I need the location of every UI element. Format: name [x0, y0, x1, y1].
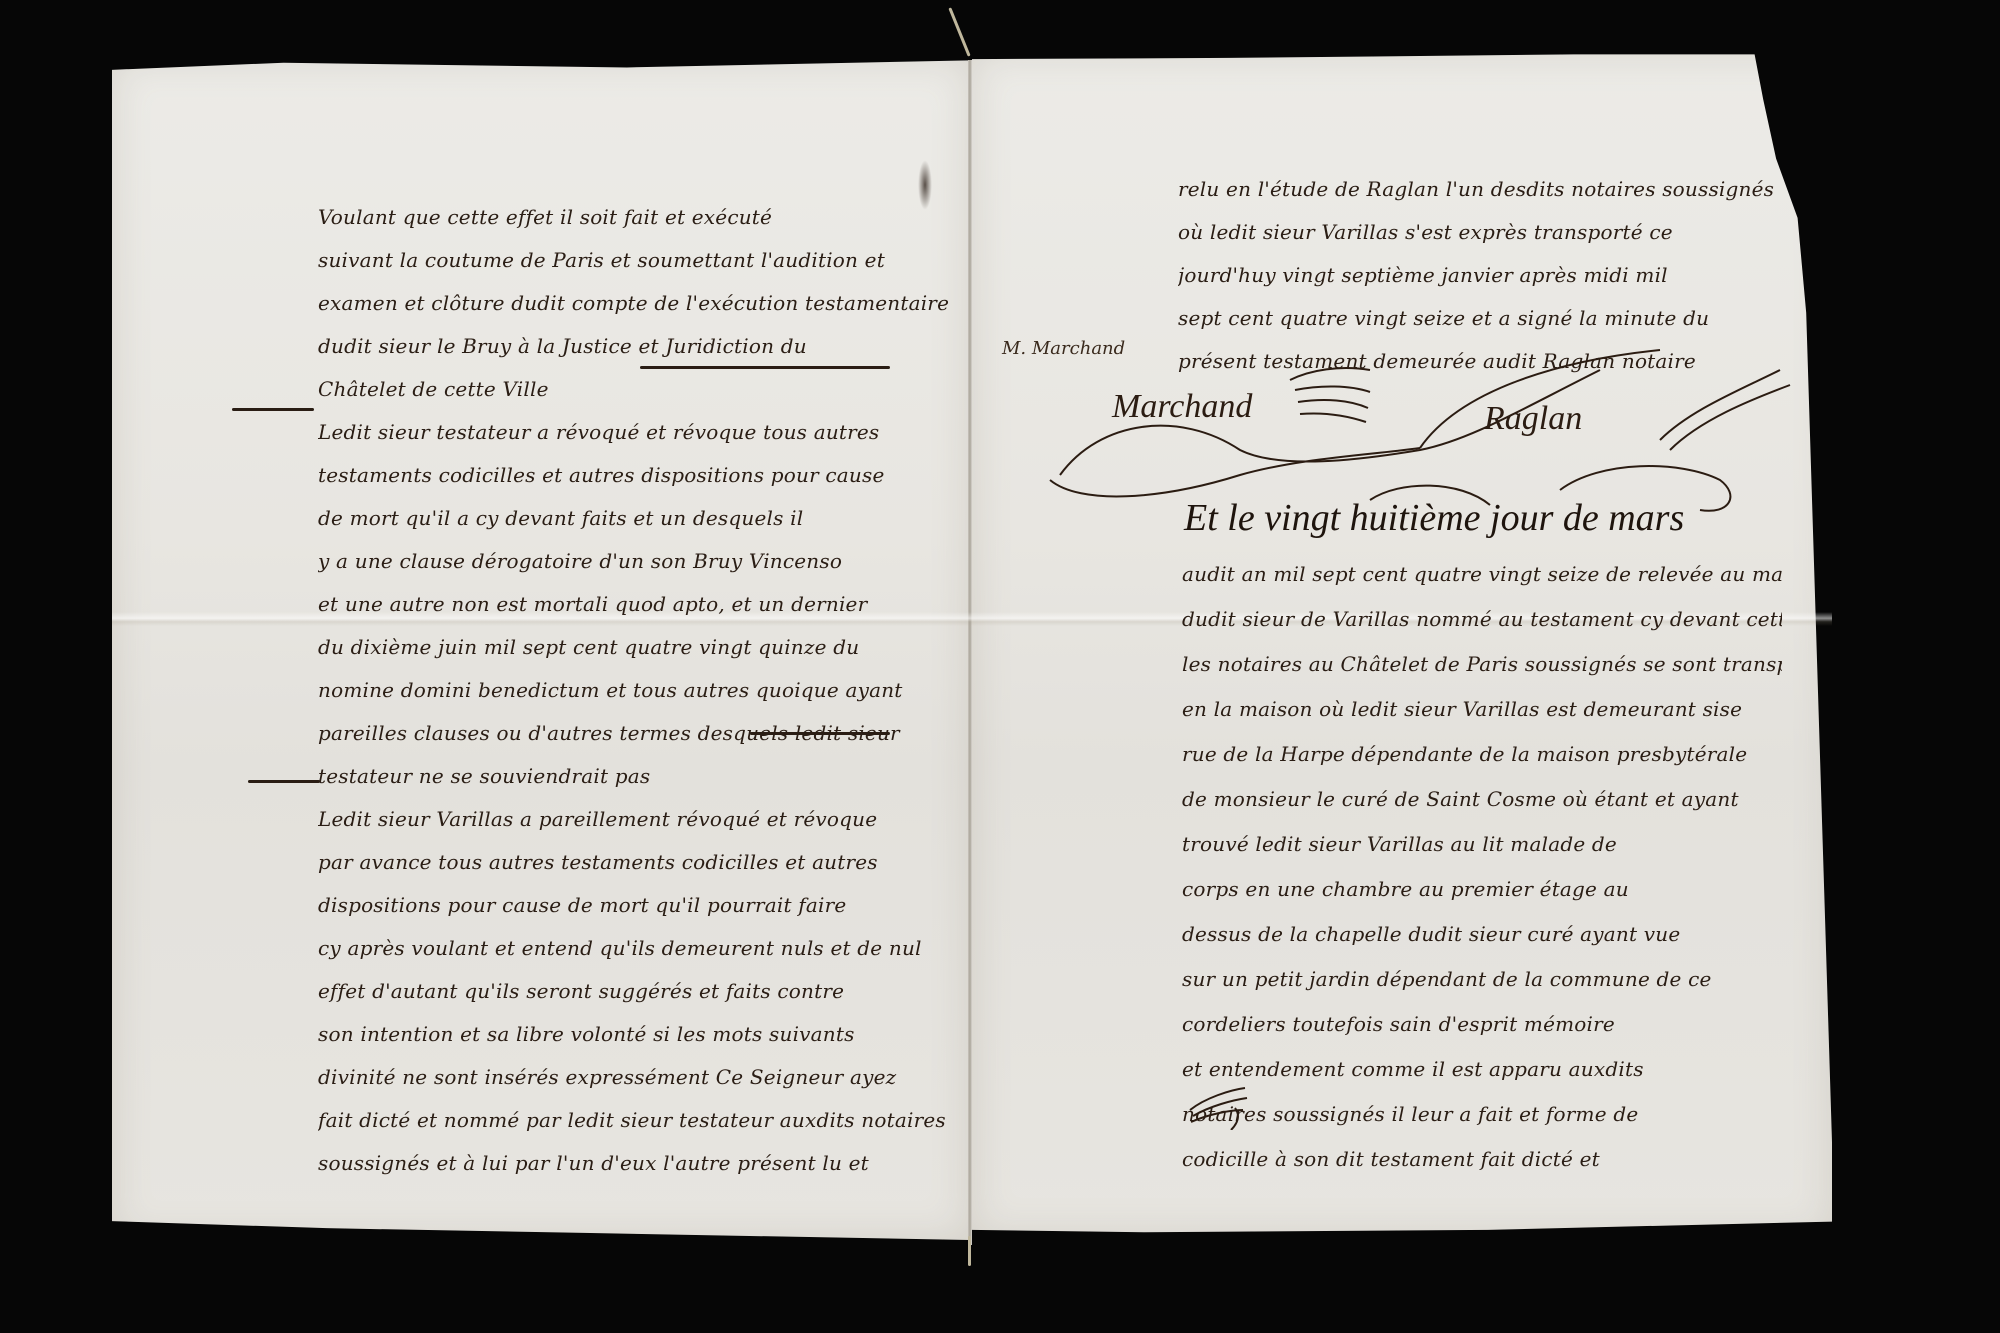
text-line: dudit sieur de Varillas nommé au testame…	[1182, 597, 1782, 642]
text-line: où ledit sieur Varillas s'est exprès tra…	[1178, 211, 1778, 254]
line-end-rule	[640, 366, 890, 369]
text-line: testateur ne se souviendrait pas	[318, 755, 978, 798]
text-line: suivant la coutume de Paris et soumettan…	[318, 239, 978, 282]
text-line: cordeliers toutefois sain d'esprit mémoi…	[1182, 1002, 1782, 1047]
manuscript-spread: Voulant que cette effet il soit fait et …	[0, 0, 2000, 1333]
text-line: audit an mil sept cent quatre vingt seiz…	[1182, 552, 1782, 597]
text-line: trouvé ledit sieur Varillas au lit malad…	[1182, 822, 1782, 867]
text-line: et une autre non est mortali quod apto, …	[318, 583, 978, 626]
text-line: corps en une chambre au premier étage au	[1182, 867, 1782, 912]
text-line: fait dicté et nommé par ledit sieur test…	[318, 1099, 978, 1142]
text-line: sur un petit jardin dépendant de la comm…	[1182, 957, 1782, 1002]
paragraph-mark	[248, 780, 320, 783]
text-line: jourd'huy vingt septième janvier après m…	[1178, 254, 1778, 297]
text-line: son intention et sa libre volonté si les…	[318, 1013, 978, 1056]
text-line: dessus de la chapelle dudit sieur curé a…	[1182, 912, 1782, 957]
paragraph-mark	[232, 408, 314, 411]
section-heading: Et le vingt huitième jour de mars	[1184, 496, 1684, 540]
text-line: nomine domini benedictum et tous autres …	[318, 669, 978, 712]
binding-thread-top	[948, 7, 970, 56]
text-line: divinité ne sont insérés expressément Ce…	[318, 1056, 978, 1099]
text-line: de mort qu'il a cy devant faits et un de…	[318, 497, 978, 540]
signature-raglan: Raglan	[1484, 400, 1582, 438]
right-page-bottom-text: audit an mil sept cent quatre vingt seiz…	[1182, 552, 1782, 1182]
text-line: Châtelet de cette Ville	[318, 368, 978, 411]
text-line: et entendement comme il est apparu auxdi…	[1182, 1047, 1782, 1092]
text-line: dudit sieur le Bruy à la Justice et Juri…	[318, 325, 978, 368]
text-line: relu en l'étude de Raglan l'un desdits n…	[1178, 168, 1778, 211]
text-line: Voulant que cette effet il soit fait et …	[318, 196, 978, 239]
text-line: Ledit sieur Varillas a pareillement révo…	[318, 798, 978, 841]
text-line: examen et clôture dudit compte de l'exéc…	[318, 282, 978, 325]
binding-thread-bottom	[968, 1236, 971, 1266]
text-line: en la maison où ledit sieur Varillas est…	[1182, 687, 1782, 732]
signature-marchand: Marchand	[1112, 388, 1252, 426]
left-page-text: Voulant que cette effet il soit fait et …	[318, 196, 978, 1185]
text-line: rue de la Harpe dépendante de la maison …	[1182, 732, 1782, 777]
text-line: testaments codicilles et autres disposit…	[318, 454, 978, 497]
text-line: y a une clause dérogatoire d'un son Bruy…	[318, 540, 978, 583]
text-line: soussignés et à lui par l'un d'eux l'aut…	[318, 1142, 978, 1185]
text-line: de monsieur le curé de Saint Cosme où ét…	[1182, 777, 1782, 822]
text-line: les notaires au Châtelet de Paris soussi…	[1182, 642, 1782, 687]
text-line: dispositions pour cause de mort qu'il po…	[318, 884, 978, 927]
line-end-rule	[750, 732, 890, 735]
text-line: par avance tous autres testaments codici…	[318, 841, 978, 884]
text-line: du dixième juin mil sept cent quatre vin…	[318, 626, 978, 669]
text-line: Ledit sieur testateur a révoqué et révoq…	[318, 411, 978, 454]
text-line: codicille à son dit testament fait dicté…	[1182, 1137, 1782, 1182]
text-line: cy après voulant et entend qu'ils demeur…	[318, 927, 978, 970]
paraph-initials	[1185, 1080, 1255, 1130]
text-line: notaires soussignés il leur a fait et fo…	[1182, 1092, 1782, 1137]
text-line: effet d'autant qu'ils seront suggérés et…	[318, 970, 978, 1013]
